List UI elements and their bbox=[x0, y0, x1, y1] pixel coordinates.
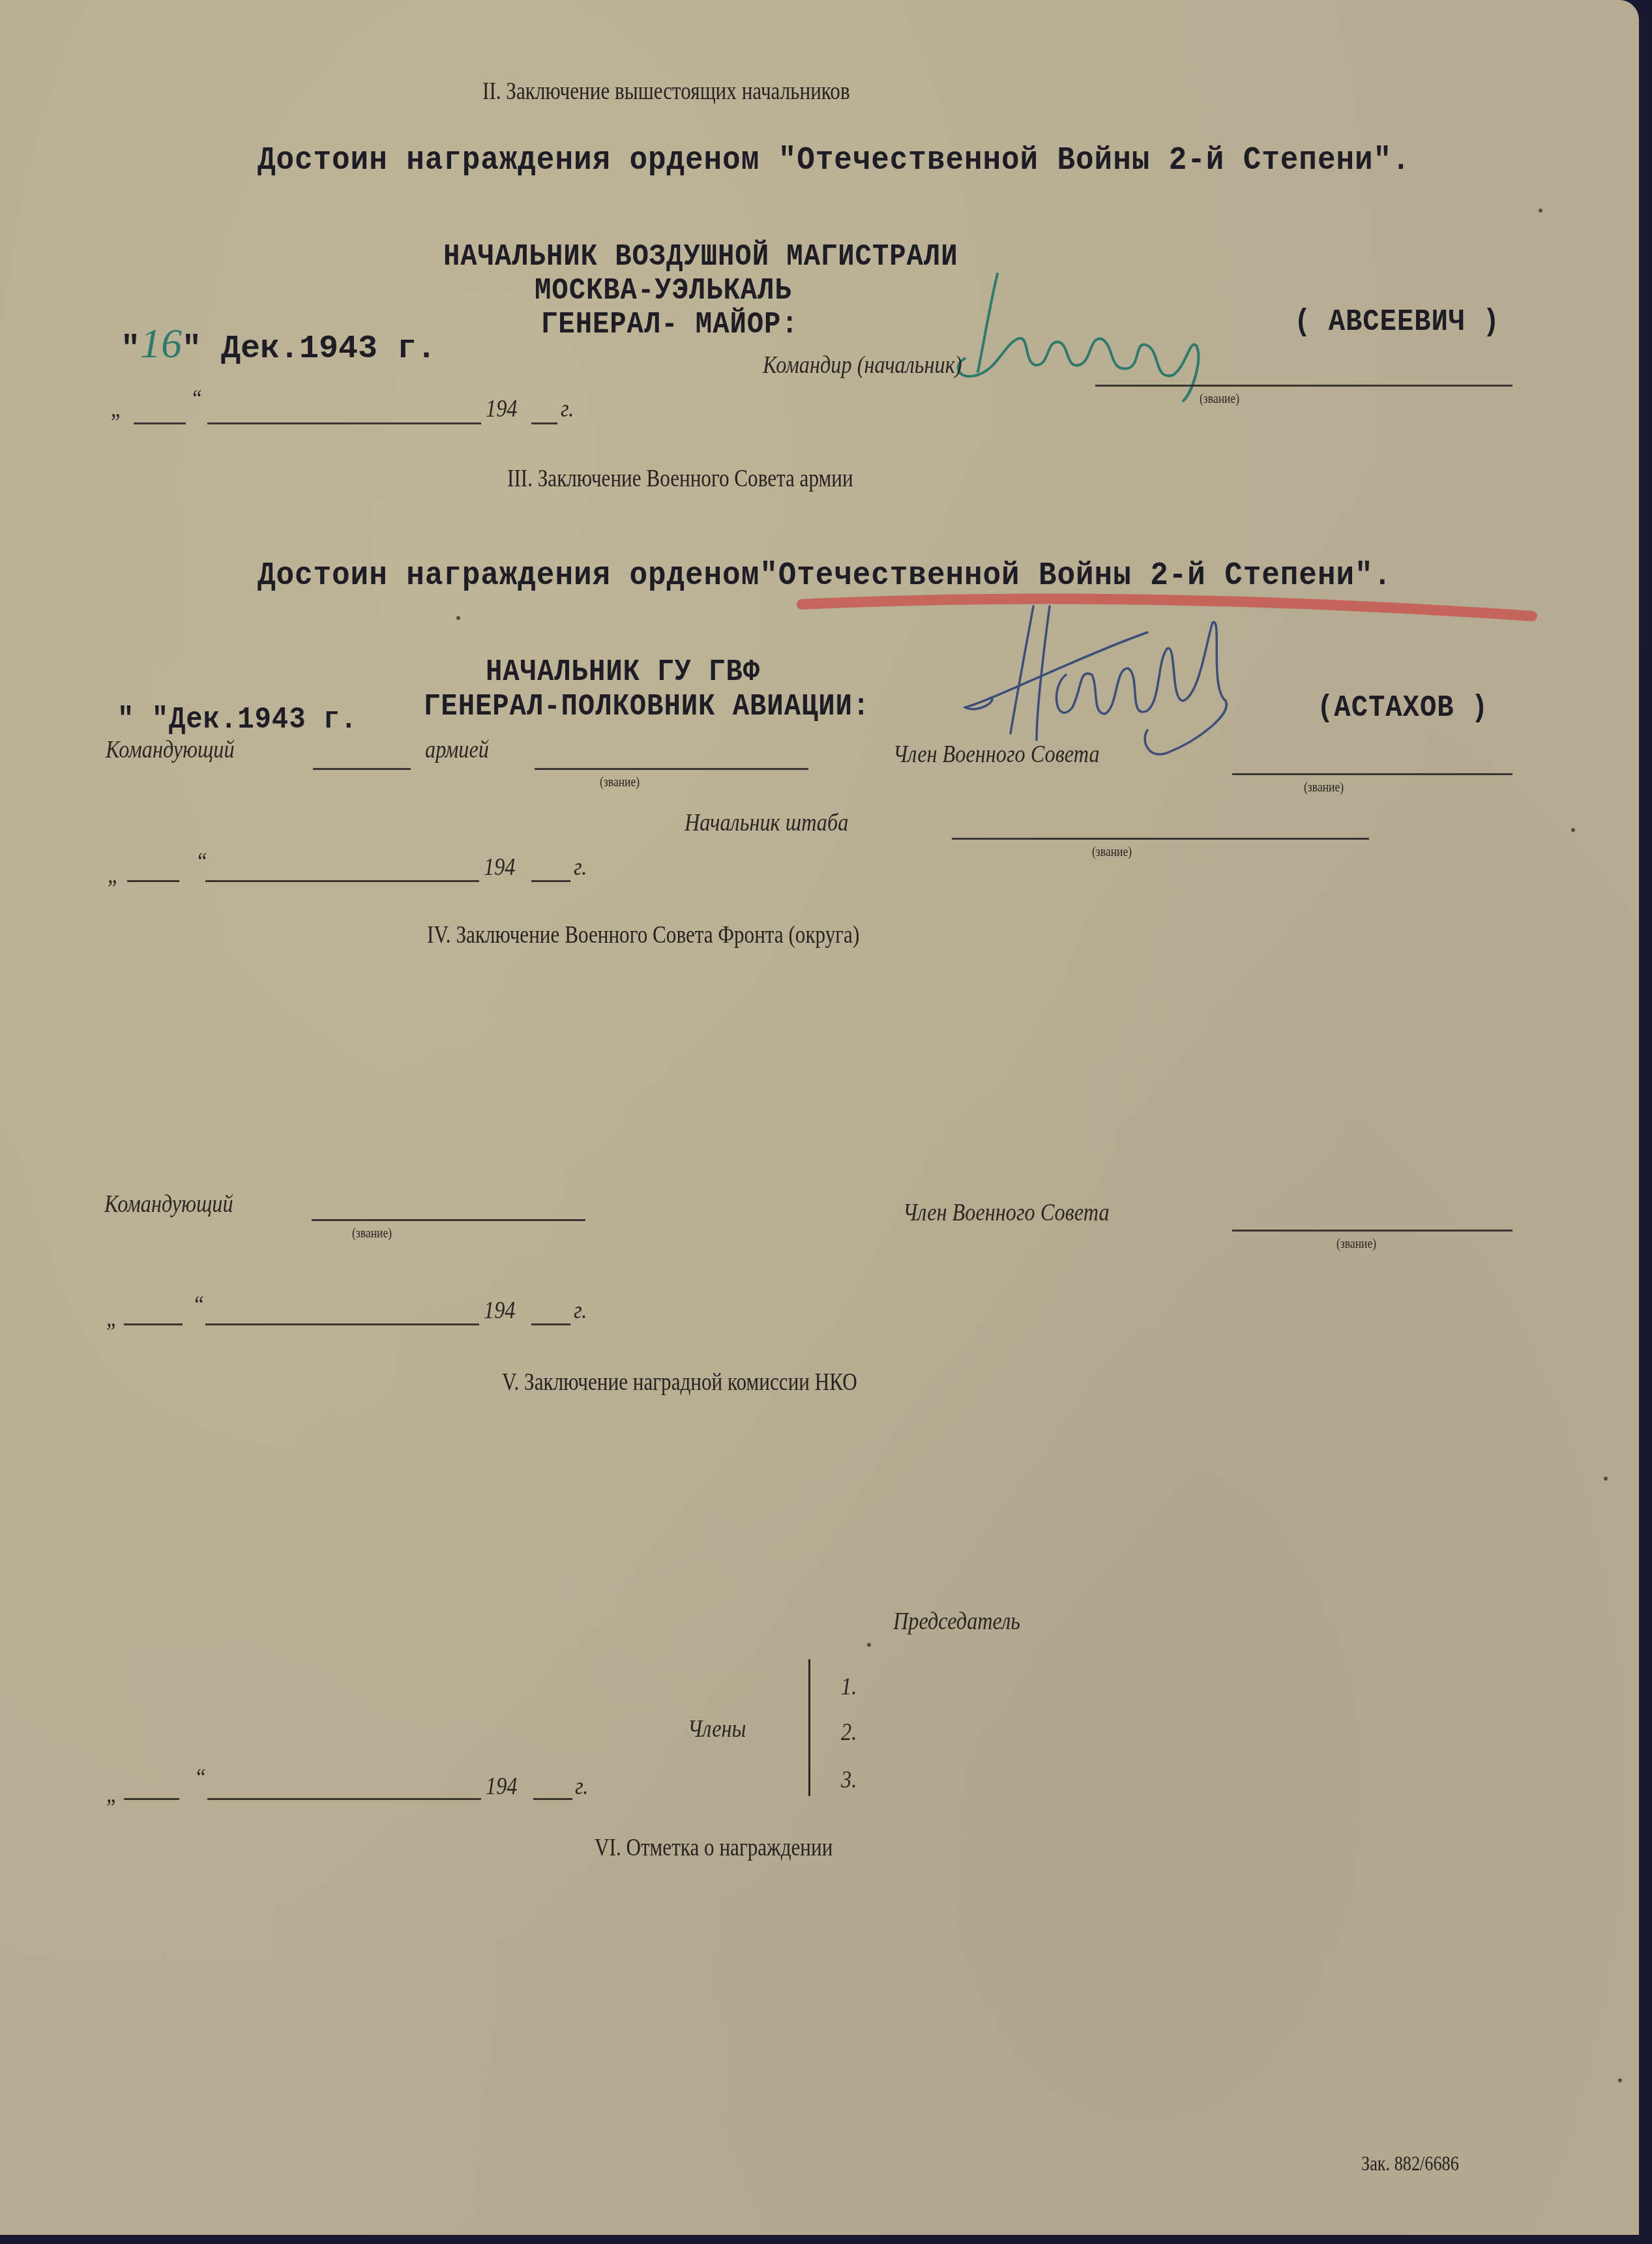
blank-year-suffix: г. bbox=[574, 1296, 587, 1325]
section-2-signer-rank: ГЕНЕРАЛ- МАЙОР: bbox=[541, 308, 799, 342]
document-page: II. Заключение вышестоящих начальников Д… bbox=[0, 0, 1639, 2235]
section-3-conclusion: Достоин награждения орденом"Отечественно… bbox=[258, 557, 1392, 595]
rank-caption: (звание) bbox=[1200, 390, 1239, 407]
section-3-signer-rank: ГЕНЕРАЛ-ПОЛКОВНИК АВИАЦИИ: bbox=[424, 690, 870, 724]
paper-speck bbox=[456, 616, 460, 620]
blank-month-line bbox=[205, 1323, 479, 1325]
blank-date-quote: „ bbox=[111, 394, 123, 423]
handwritten-day: 16 bbox=[140, 320, 182, 366]
section-3-date: " "Дек.1943 г. bbox=[117, 703, 357, 737]
blank-date-quote: „ bbox=[106, 1780, 118, 1808]
signature-line bbox=[1095, 385, 1512, 387]
paper-speck bbox=[1571, 828, 1575, 832]
section-2-signer-title-1: НАЧАЛЬНИК ВОЗДУШНОЙ МАГИСТРАЛИ bbox=[443, 240, 958, 274]
member-3: 3. bbox=[841, 1765, 857, 1794]
member-2: 2. bbox=[841, 1718, 857, 1747]
blank-year: 194 bbox=[486, 394, 517, 423]
paper-speck bbox=[1618, 2078, 1622, 2082]
section-5-heading: V. Заключение наградной комиссии НКО bbox=[502, 1368, 857, 1396]
signature-astakhov-icon bbox=[952, 603, 1265, 760]
section-3-heading: III. Заключение Военного Совета армии bbox=[507, 464, 853, 493]
blank-day-line bbox=[127, 880, 179, 882]
blank-year-line bbox=[531, 880, 570, 882]
chief-of-staff-signature-line bbox=[952, 838, 1369, 840]
paper-speck bbox=[1604, 1477, 1608, 1481]
typed-date: Дек.1943 г. bbox=[221, 331, 436, 368]
rank-caption: (звание) bbox=[352, 1224, 392, 1241]
section-3-chief-of-staff-label: Начальник штаба bbox=[685, 808, 848, 837]
section-3-signer-name: (АСТАХОВ ) bbox=[1317, 691, 1488, 725]
rank-caption: (звание) bbox=[1304, 778, 1344, 795]
blank-date-quote-close: “ bbox=[192, 1291, 204, 1320]
blank-year-line bbox=[533, 1798, 572, 1800]
section-2-heading: II. Заключение вышестоящих начальников bbox=[482, 77, 850, 106]
rank-caption: (звание) bbox=[1092, 843, 1132, 860]
council-member-signature-line bbox=[1232, 773, 1512, 775]
signature-avseevich-icon bbox=[939, 261, 1252, 404]
blank-year: 194 bbox=[486, 1772, 517, 1801]
section-2-role-label: Командир (начальник) bbox=[763, 351, 962, 379]
blank-year: 194 bbox=[484, 1296, 515, 1325]
rank-caption: (звание) bbox=[600, 773, 640, 790]
blank-day-line bbox=[124, 1798, 179, 1800]
section-4-heading: IV. Заключение Военного Совета Фронта (о… bbox=[427, 921, 859, 949]
blank-date-quote-close: “ bbox=[194, 1764, 206, 1792]
section-2-date: "16" Дек.1943 г. bbox=[121, 319, 436, 368]
blank-year-suffix: г. bbox=[561, 394, 574, 423]
section-2-signer-title-2: МОСКВА-УЭЛЬКАЛЬ bbox=[535, 274, 792, 308]
blank-month-line bbox=[207, 422, 481, 424]
commander-signature-line bbox=[535, 768, 808, 770]
blank-date-quote-close: “ bbox=[190, 385, 202, 413]
blank-date-quote: „ bbox=[108, 861, 119, 889]
blank-year-line bbox=[531, 1323, 570, 1325]
army-number-line bbox=[313, 768, 411, 770]
blank-day-line bbox=[124, 1323, 183, 1325]
blank-year: 194 bbox=[484, 853, 515, 881]
section-6-heading: VI. Отметка о награждении bbox=[595, 1833, 833, 1862]
council-member-signature-line bbox=[1232, 1230, 1512, 1232]
blank-month-line bbox=[205, 880, 479, 882]
rank-caption: (звание) bbox=[1336, 1235, 1376, 1252]
blank-day-line bbox=[134, 422, 186, 424]
blank-date-quote-close: “ bbox=[196, 848, 207, 876]
members-label: Члены bbox=[688, 1715, 746, 1743]
blank-month-line bbox=[207, 1798, 481, 1800]
section-3-signer-title: НАЧАЛЬНИК ГУ ГВФ bbox=[486, 655, 760, 689]
commander-signature-line bbox=[312, 1219, 585, 1221]
section-2-conclusion: Достоин награждения орденом "Отечественн… bbox=[258, 142, 1411, 179]
section-3-council-member-label: Член Военного Совета bbox=[893, 740, 1100, 769]
chairman-label: Председатель bbox=[893, 1607, 1020, 1636]
print-order-number: Зак. 882/6686 bbox=[1361, 2151, 1459, 2176]
section-2-signer-name: ( АВСЕЕВИЧ ) bbox=[1294, 305, 1500, 339]
member-1: 1. bbox=[841, 1672, 857, 1701]
blank-year-line bbox=[531, 422, 557, 424]
section-3-commander-label: Командующий bbox=[106, 735, 235, 764]
section-4-council-member-label: Член Военного Совета bbox=[903, 1198, 1110, 1227]
blank-year-suffix: г. bbox=[575, 1772, 588, 1801]
members-bracket bbox=[808, 1659, 810, 1796]
section-4-commander-label: Командующий bbox=[104, 1190, 233, 1218]
paper-speck bbox=[867, 1643, 871, 1647]
blank-year-suffix: г. bbox=[574, 853, 587, 881]
section-3-army-label: армией bbox=[425, 735, 489, 764]
paper-speck bbox=[1539, 209, 1542, 213]
blank-date-quote: „ bbox=[106, 1304, 118, 1333]
